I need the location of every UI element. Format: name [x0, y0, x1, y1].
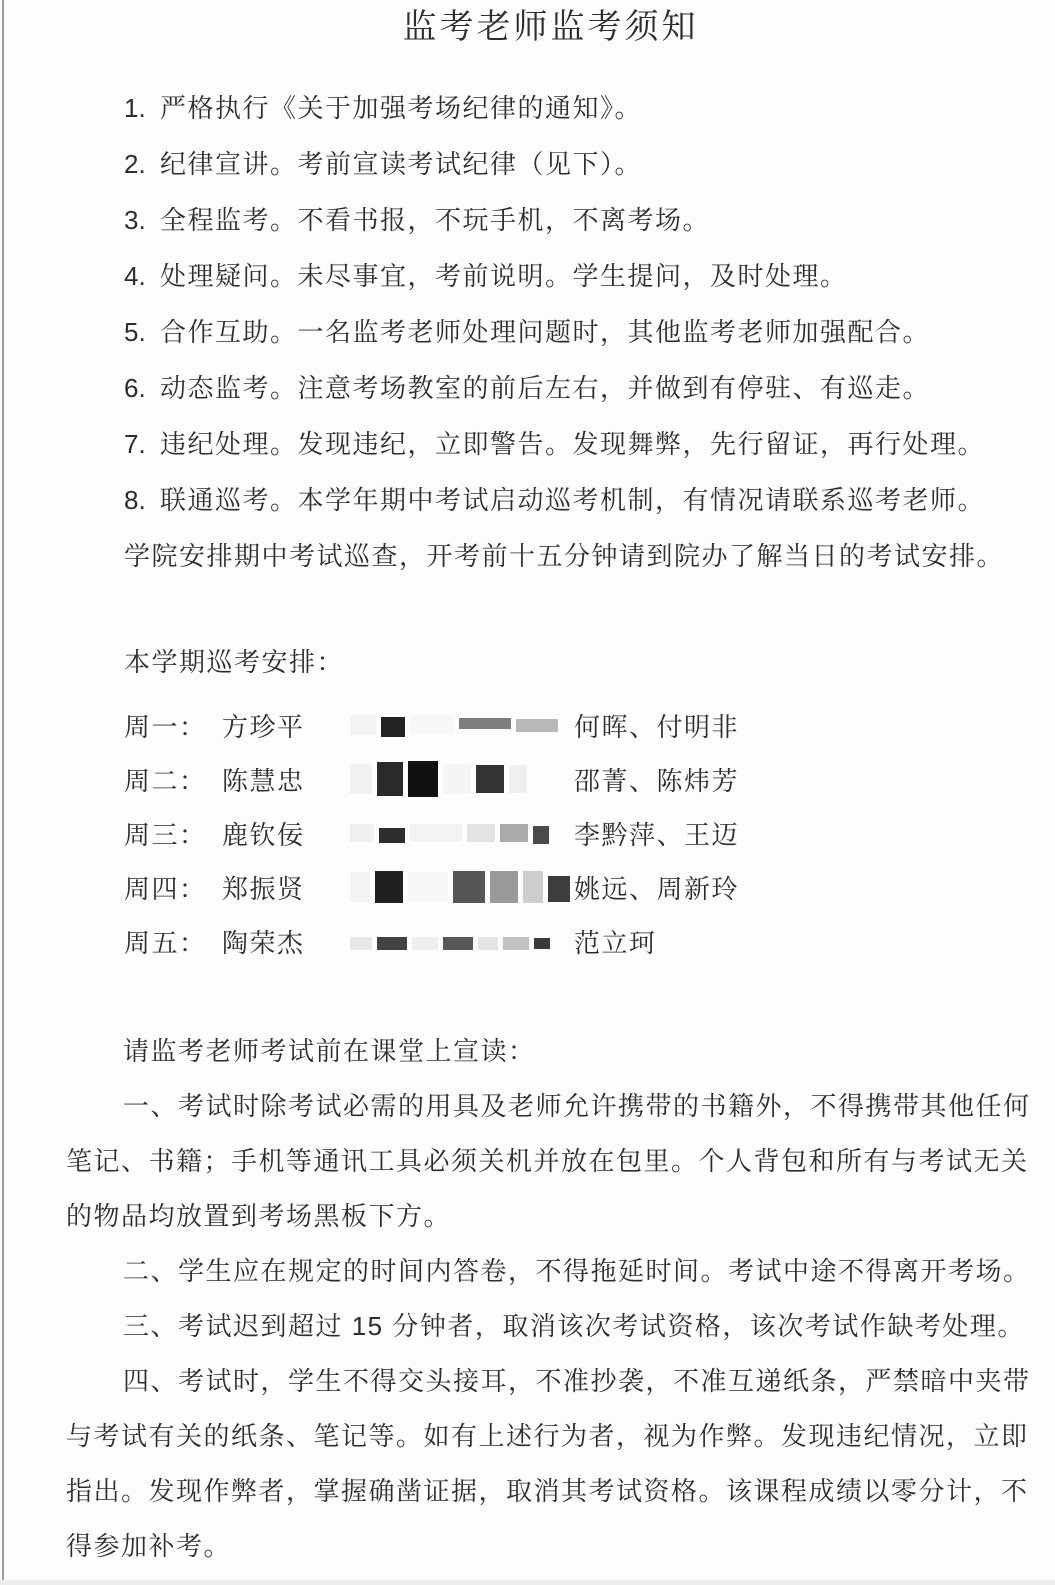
rule-item: 8.联通巡考。本学年期中考试启动巡考机制，有情况请联系巡考老师。	[124, 472, 1035, 528]
schedule-row: 周一： 方珍平 何晖、付明非	[124, 698, 1035, 752]
announcement-section: 请监考老师考试前在课堂上宣读： 一、考试时除考试必需的用具及老师允许携带的书籍外…	[66, 1024, 1035, 1574]
redacted-phone-number	[350, 761, 560, 797]
rule-text: 严格执行《关于加强考场纪律的通知》。	[160, 93, 642, 123]
rule-number: 6.	[124, 360, 160, 416]
schedule-co-inspectors: 李黔萍、王迈	[574, 815, 739, 852]
schedule-inspector-name: 方珍平	[222, 707, 350, 744]
schedule-inspector-name: 陈慧忠	[222, 761, 350, 798]
rule-item: 6.动态监考。注意考场教室的前后左右，并做到有停驻、有巡走。	[124, 360, 1035, 416]
schedule-co-inspectors: 范立珂	[574, 923, 657, 960]
rule-text: 动态监考。注意考场教室的前后左右，并做到有停驻、有巡走。	[160, 373, 930, 403]
schedule-row: 周五： 陶荣杰 范立珂	[124, 914, 1035, 968]
rule-number: 7.	[124, 416, 160, 472]
rule-text: 违纪处理。发现违纪，立即警告。发现舞弊，先行留证，再行处理。	[160, 429, 985, 459]
rule-number: 1.	[124, 80, 160, 136]
page-bottom-edge	[0, 1580, 1055, 1585]
document-content: 监考老师监考须知 1.严格执行《关于加强考场纪律的通知》。 2.纪律宣讲。考前宣…	[0, 0, 1055, 1574]
schedule-row: 周四： 郑振贤 姚远、周新玲	[124, 860, 1035, 914]
redacted-phone-number	[350, 871, 560, 903]
rule-number: 4.	[124, 248, 160, 304]
schedule-day: 周一：	[124, 707, 222, 744]
rule-item: 2.纪律宣讲。考前宣读考试纪律（见下）。	[124, 136, 1035, 192]
schedule-day: 周四：	[124, 869, 222, 906]
rule-text: 联通巡考。本学年期中考试启动巡考机制，有情况请联系巡考老师。	[160, 485, 985, 515]
schedule-day: 周二：	[124, 761, 222, 798]
schedule-inspector-name: 郑振贤	[222, 869, 350, 906]
announcement-paragraph: 四、考试时，学生不得交头接耳，不准抄袭，不准互递纸条，严禁暗中夹带与考试有关的纸…	[66, 1354, 1035, 1574]
schedule-row: 周二： 陈慧忠 邵菁、陈炜芳	[124, 752, 1035, 806]
redacted-phone-number	[350, 715, 560, 735]
redacted-phone-number	[350, 935, 560, 948]
patrol-schedule: 本学期巡考安排： 周一： 方珍平 何晖、付明非 周二： 陈慧忠 邵菁、陈炜芳 周…	[66, 642, 1035, 968]
announcement-paragraph: 三、考试迟到超过 15 分钟者，取消该次考试资格，该次考试作缺考处理。	[66, 1299, 1035, 1354]
schedule-inspector-name: 陶荣杰	[222, 923, 350, 960]
document-page: 监考老师监考须知 1.严格执行《关于加强考场纪律的通知》。 2.纪律宣讲。考前宣…	[0, 0, 1055, 1585]
rules-footnote: 学院安排期中考试巡查，开考前十五分钟请到院办了解当日的考试安排。	[124, 528, 1035, 584]
schedule-day: 周五：	[124, 923, 222, 960]
rule-number: 2.	[124, 136, 160, 192]
rule-text: 处理疑问。未尽事宜，考前说明。学生提问，及时处理。	[160, 261, 848, 291]
announcement-paragraph: 一、考试时除考试必需的用具及老师允许携带的书籍外，不得携带其他任何笔记、书籍；手…	[66, 1079, 1035, 1244]
rule-number: 5.	[124, 304, 160, 360]
schedule-inspector-name: 鹿钦佞	[222, 815, 350, 852]
rule-text: 全程监考。不看书报，不玩手机，不离考场。	[160, 205, 710, 235]
rule-number: 3.	[124, 192, 160, 248]
redacted-phone-number	[350, 824, 560, 842]
rule-item: 1.严格执行《关于加强考场纪律的通知》。	[124, 80, 1035, 136]
announcement-paragraph: 二、学生应在规定的时间内答卷，不得拖延时间。考试中途不得离开考场。	[66, 1244, 1035, 1299]
rule-item: 7.违纪处理。发现违纪，立即警告。发现舞弊，先行留证，再行处理。	[124, 416, 1035, 472]
rule-text: 合作互助。一名监考老师处理问题时，其他监考老师加强配合。	[160, 317, 930, 347]
schedule-row: 周三： 鹿钦佞 李黔萍、王迈	[124, 806, 1035, 860]
rules-list: 1.严格执行《关于加强考场纪律的通知》。 2.纪律宣讲。考前宣读考试纪律（见下）…	[66, 80, 1035, 584]
schedule-co-inspectors: 邵菁、陈炜芳	[574, 761, 739, 798]
schedule-heading: 本学期巡考安排：	[124, 642, 1035, 682]
rule-number: 8.	[124, 472, 160, 528]
document-title: 监考老师监考须知	[66, 4, 1035, 50]
rule-text: 纪律宣讲。考前宣读考试纪律（见下）。	[160, 149, 642, 179]
announcement-intro: 请监考老师考试前在课堂上宣读：	[66, 1024, 1035, 1079]
schedule-co-inspectors: 何晖、付明非	[574, 707, 739, 744]
schedule-co-inspectors: 姚远、周新玲	[574, 869, 739, 906]
rule-item: 3.全程监考。不看书报，不玩手机，不离考场。	[124, 192, 1035, 248]
page-left-edge-line	[2, 0, 4, 1585]
rule-item: 4.处理疑问。未尽事宜，考前说明。学生提问，及时处理。	[124, 248, 1035, 304]
rule-item: 5.合作互助。一名监考老师处理问题时，其他监考老师加强配合。	[124, 304, 1035, 360]
schedule-day: 周三：	[124, 815, 222, 852]
